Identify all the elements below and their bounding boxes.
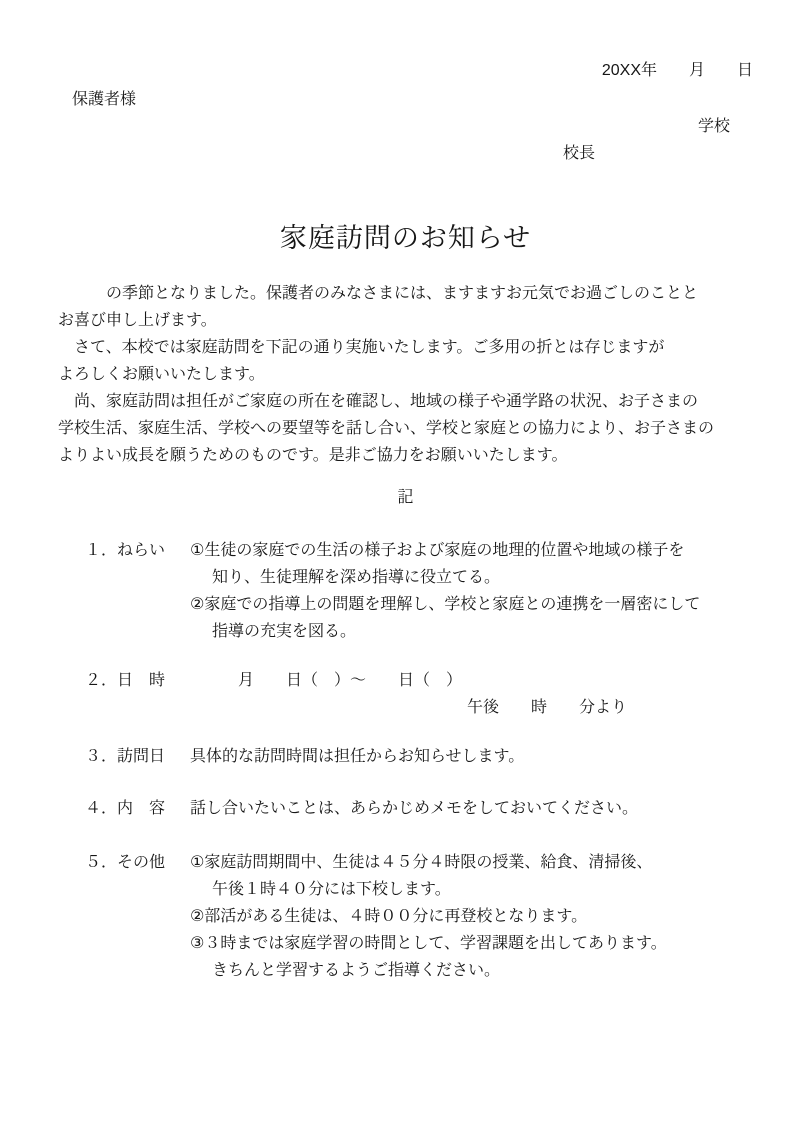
item-sonota: ５．その他 ①家庭訪問期間中、生徒は４５分４時限の授業、給食、清掃後、 午後１時… xyxy=(58,849,753,984)
item-line: 知り、生徒理解を深め指導に役立てる。 xyxy=(212,564,753,591)
sender-principal: 校長 xyxy=(58,140,753,167)
item-label: ５．その他 xyxy=(85,849,165,876)
addressee: 保護者様 xyxy=(72,86,753,113)
intro-paragraphs: の季節となりました。保護者のみなさまには、ますますお元気でお過ごしのことと お喜… xyxy=(58,280,753,469)
date-line: 20XX年 月 日 xyxy=(58,57,753,84)
page-title: 家庭訪問のお知らせ xyxy=(58,221,753,255)
intro-line: さて、本校では家庭訪問を下記の通り実施いたします。ご多用の折とは存じますが xyxy=(58,334,753,361)
item-nichiji: ２．日 時 月 日（ ）～ 日（ ） 午後 時 分より xyxy=(58,667,753,721)
item-line: ③３時までは家庭学習の時間として、学習課題を出してあります。 xyxy=(190,930,753,957)
item-nerai: １．ねらい ①生徒の家庭での生活の様子および家庭の地理的位置や地域の様子を 知り… xyxy=(58,537,753,645)
notice-page: 20XX年 月 日 保護者様 学校 校長 家庭訪問のお知らせ の季節となりました… xyxy=(0,0,794,1123)
item-line: 指導の充実を図る。 xyxy=(212,618,753,645)
intro-line: お喜び申し上げます。 xyxy=(58,307,753,334)
item-line: 話し合いたいことは、あらかじめメモをしておいてください。 xyxy=(190,795,753,822)
item-label: ２．日 時 xyxy=(85,667,165,694)
item-line: ①生徒の家庭での生活の様子および家庭の地理的位置や地域の様子を xyxy=(190,537,753,564)
item-line: ①家庭訪問期間中、生徒は４５分４時限の授業、給食、清掃後、 xyxy=(190,849,753,876)
record-marker: 記 xyxy=(58,484,753,511)
item-line: ②家庭での指導上の問題を理解し、学校と家庭との連携を一層密にして xyxy=(190,591,753,618)
item-label: ４．内 容 xyxy=(85,795,165,822)
item-line: 具体的な訪問時間は担任からお知らせします。 xyxy=(190,743,753,770)
sender-school: 学校 xyxy=(58,113,753,140)
item-naiyou: ４．内 容 話し合いたいことは、あらかじめメモをしておいてください。 xyxy=(58,795,753,822)
item-line: きちんと学習するようご指導ください。 xyxy=(212,957,753,984)
intro-line: の季節となりました。保護者のみなさまには、ますますお元気でお過ごしのことと xyxy=(58,280,753,307)
intro-line: 尚、家庭訪問は担任がご家庭の所在を確認し、地域の様子や通学路の状況、お子さまの xyxy=(58,388,753,415)
item-line: ②部活がある生徒は、４時００分に再登校となります。 xyxy=(190,903,753,930)
item-label: ３．訪問日 xyxy=(85,743,165,770)
intro-line: よりよい成長を願うためのものです。是非ご協力をお願いいたします。 xyxy=(58,442,753,469)
intro-line: 学校生活、家庭生活、学校への要望等を話し合い、学校と家庭との協力により、お子さま… xyxy=(58,415,753,442)
item-houmonbi: ３．訪問日 具体的な訪問時間は担任からお知らせします。 xyxy=(58,743,753,770)
item-line: 午後 時 分より xyxy=(467,694,753,721)
intro-line: よろしくお願いいたします。 xyxy=(58,361,753,388)
item-line: 月 日（ ）～ 日（ ） xyxy=(190,667,753,694)
item-line: 午後１時４０分には下校します。 xyxy=(212,876,753,903)
items-list: １．ねらい ①生徒の家庭での生活の様子および家庭の地理的位置や地域の様子を 知り… xyxy=(58,537,753,984)
item-label: １．ねらい xyxy=(85,537,165,564)
